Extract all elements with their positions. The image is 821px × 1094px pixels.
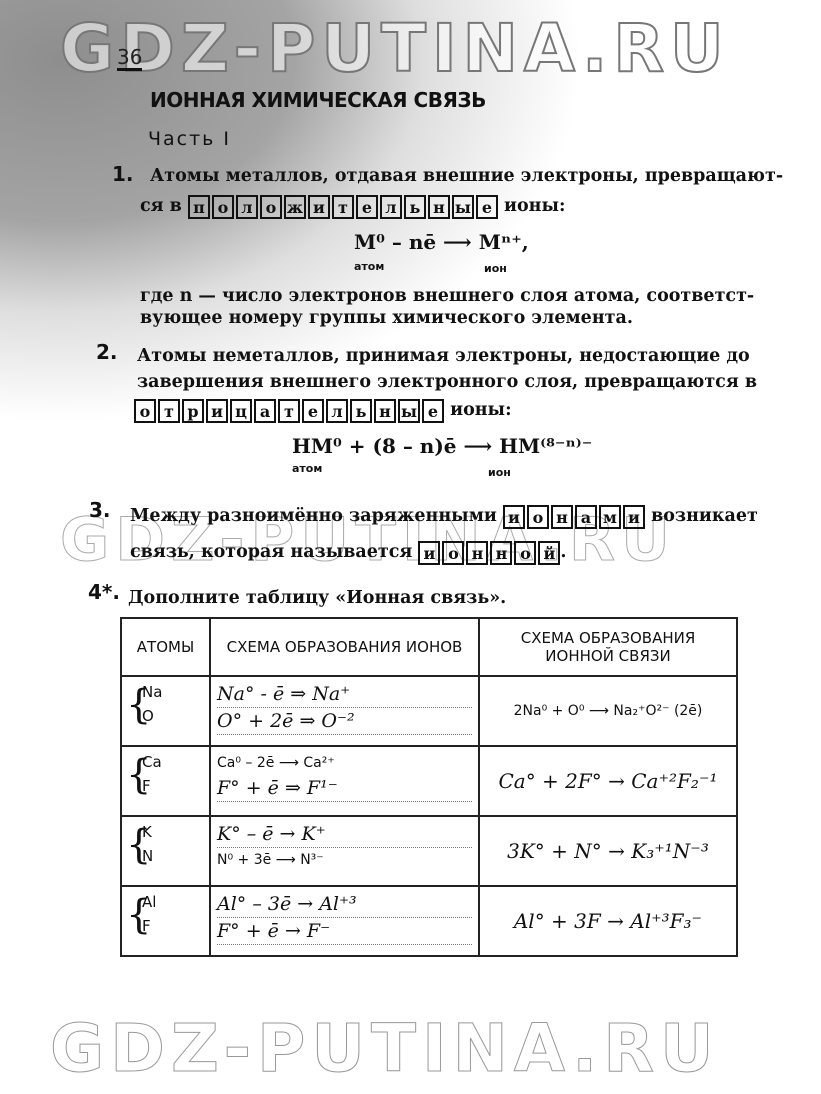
answer-letter-box[interactable]: ц	[230, 399, 252, 423]
answer-letter-box[interactable]: о	[514, 541, 536, 565]
answer-letter-box[interactable]: ж	[284, 195, 306, 219]
q1-suffix: ионы:	[504, 196, 565, 216]
part-heading: Часть I	[148, 128, 231, 150]
q2-suffix: ионы:	[450, 400, 511, 420]
watermark-top: GDZ-PUTINA.RU	[60, 10, 730, 87]
atom-2: O	[142, 707, 154, 725]
page-number: 36	[117, 46, 142, 71]
answer-letter-box[interactable]: а	[575, 505, 597, 529]
q1-line2: ся в положительные ионы:	[140, 194, 566, 219]
q3-suffix1: возникает	[651, 506, 758, 526]
answer-letter-box[interactable]: н	[428, 195, 450, 219]
q1-label-ion: ион	[484, 262, 507, 275]
header-ion-scheme: СХЕМА ОБРАЗОВАНИЯ ИОНОВ	[210, 618, 479, 676]
q3-line1: Между разноимённо заряженными ионами воз…	[130, 504, 758, 529]
q1-formula: M⁰ – nē ⟶ Mⁿ⁺,	[354, 230, 529, 254]
q3-answer1-boxes[interactable]: ионами	[503, 505, 645, 529]
q2-number: 2.	[96, 340, 118, 364]
q1-note-line2: вующее номеру группы химического элемент…	[140, 306, 633, 330]
answer-letter-box[interactable]: т	[278, 399, 300, 423]
atom-1: Ca	[142, 753, 162, 771]
q1-answer-boxes[interactable]: положительные	[188, 195, 498, 219]
answer-letter-box[interactable]: е	[422, 399, 444, 423]
answer-letter-box[interactable]: т	[332, 195, 354, 219]
answer-letter-box[interactable]: и	[308, 195, 330, 219]
answer-letter-box[interactable]: й	[538, 541, 560, 565]
answer-letter-box[interactable]: и	[206, 399, 228, 423]
ion-scheme-cell[interactable]: K° – ē → K⁺N⁰ + 3ē ⟶ N³⁻	[210, 816, 479, 886]
answer-letter-box[interactable]: о	[134, 399, 156, 423]
watermark-bottom: GDZ-PUTINA.RU	[50, 1010, 720, 1087]
q3-number: 3.	[89, 498, 111, 522]
answer-letter-box[interactable]: ы	[452, 195, 474, 219]
atom-1: Al	[142, 893, 156, 911]
ion-equation: N⁰ + 3ē ⟶ N³⁻	[217, 848, 472, 872]
bond-scheme-cell[interactable]: Ca° + 2F° → Ca⁺²F₂⁻¹	[479, 746, 737, 816]
q2-line1: Атомы неметаллов, принимая электроны, не…	[137, 344, 750, 368]
bond-equation: 3K° + N° → K₃⁺¹N⁻³	[507, 839, 709, 863]
bond-equation: Ca° + 2F° → Ca⁺²F₂⁻¹	[498, 769, 717, 793]
answer-letter-box[interactable]: ы	[398, 399, 420, 423]
atom-2: F	[142, 917, 151, 935]
ion-scheme-cell[interactable]: Ca⁰ – 2ē ⟶ Ca²⁺F° + ē ⇒ F¹⁻	[210, 746, 479, 816]
answer-letter-box[interactable]: ь	[404, 195, 426, 219]
q1-number: 1.	[112, 162, 134, 186]
ionic-bond-table: АТОМЫ СХЕМА ОБРАЗОВАНИЯ ИОНОВ СХЕМА ОБРА…	[120, 617, 738, 957]
q4-number: 4*.	[88, 580, 120, 604]
q3-line2: связь, которая называется ионной.	[130, 540, 567, 565]
atoms-cell: {CaF	[121, 746, 210, 816]
atom-1: K	[142, 823, 152, 841]
answer-letter-box[interactable]: т	[158, 399, 180, 423]
bond-equation: Al° + 3F → Al⁺³F₃⁻	[514, 909, 702, 933]
table-row: {AlFAl° – 3ē → Al⁺³F° + ē → F⁻Al° + 3F →…	[121, 886, 737, 956]
answer-letter-box[interactable]: е	[302, 399, 324, 423]
answer-letter-box[interactable]: л	[326, 399, 348, 423]
q1-prefix: ся в	[140, 196, 182, 216]
answer-letter-box[interactable]: е	[476, 195, 498, 219]
header-atoms: АТОМЫ	[121, 618, 210, 676]
answer-letter-box[interactable]: е	[356, 195, 378, 219]
ion-equation: F° + ē → F⁻	[217, 918, 472, 945]
answer-letter-box[interactable]: о	[212, 195, 234, 219]
table-row: {NaONa° - ē ⇒ Na⁺O° + 2ē ⇒ O⁻²2Na⁰ + O⁰ …	[121, 676, 737, 746]
q1-note-line1: где n — число электронов внешнего слоя а…	[140, 284, 754, 308]
ion-equation: Al° – 3ē → Al⁺³	[217, 891, 472, 918]
ion-equation: F° + ē ⇒ F¹⁻	[217, 775, 472, 802]
q2-line2: завершения внешнего электронного слоя, п…	[137, 370, 757, 394]
table-row: {CaFCa⁰ – 2ē ⟶ Ca²⁺F° + ē ⇒ F¹⁻Ca° + 2F°…	[121, 746, 737, 816]
answer-letter-box[interactable]: л	[380, 195, 402, 219]
q1-line1: Атомы металлов, отдавая внешние электрон…	[150, 164, 783, 188]
page-title: ИОННАЯ ХИМИЧЕСКАЯ СВЯЗЬ	[150, 88, 486, 112]
q2-label-atom: атом	[292, 462, 322, 475]
answer-letter-box[interactable]: н	[466, 541, 488, 565]
ion-scheme-cell[interactable]: Al° – 3ē → Al⁺³F° + ē → F⁻	[210, 886, 479, 956]
answer-letter-box[interactable]: н	[490, 541, 512, 565]
atoms-cell: {NaO	[121, 676, 210, 746]
table-row: {KNK° – ē → K⁺N⁰ + 3ē ⟶ N³⁻3K° + N° → K₃…	[121, 816, 737, 886]
answer-letter-box[interactable]: р	[182, 399, 204, 423]
atoms-cell: {AlF	[121, 886, 210, 956]
atom-2: N	[142, 847, 153, 865]
q2-line3: отрицательные ионы:	[134, 398, 512, 423]
ion-scheme-cell[interactable]: Na° - ē ⇒ Na⁺O° + 2ē ⇒ O⁻²	[210, 676, 479, 746]
q3-prefix2: связь, которая называется	[130, 542, 412, 562]
answer-letter-box[interactable]: н	[374, 399, 396, 423]
bond-scheme-cell[interactable]: 3K° + N° → K₃⁺¹N⁻³	[479, 816, 737, 886]
q2-answer-boxes[interactable]: отрицательные	[134, 399, 444, 423]
q3-suffix2: .	[560, 542, 566, 562]
answer-letter-box[interactable]: и	[503, 505, 525, 529]
q2-formula: HM⁰ + (8 – n)ē ⟶ HM⁽⁸⁻ⁿ⁾⁻	[292, 434, 592, 458]
q2-label-ion: ион	[488, 466, 511, 479]
ion-equation: O° + 2ē ⇒ O⁻²	[217, 708, 472, 735]
ion-equation: Ca⁰ – 2ē ⟶ Ca²⁺	[217, 751, 472, 775]
ion-equation: K° – ē → K⁺	[217, 821, 472, 848]
answer-letter-box[interactable]: о	[442, 541, 464, 565]
answer-letter-box[interactable]: о	[260, 195, 282, 219]
q4-text: Дополните таблицу «Ионная связь».	[128, 586, 506, 610]
q3-answer2-boxes[interactable]: ионной	[418, 541, 560, 565]
atom-2: F	[142, 777, 151, 795]
ion-equation: Na° - ē ⇒ Na⁺	[217, 681, 472, 708]
bond-scheme-cell[interactable]: 2Na⁰ + O⁰ ⟶ Na₂⁺O²⁻ (2ē)	[479, 676, 737, 746]
q3-prefix1: Между разноимённо заряженными	[130, 506, 497, 526]
q1-label-atom: атом	[354, 260, 384, 273]
answer-letter-box[interactable]: и	[418, 541, 440, 565]
answer-letter-box[interactable]: п	[188, 195, 210, 219]
answer-letter-box[interactable]: ь	[350, 399, 372, 423]
atoms-cell: {KN	[121, 816, 210, 886]
answer-letter-box[interactable]: о	[527, 505, 549, 529]
atom-1: Na	[142, 683, 162, 701]
bond-equation: 2Na⁰ + O⁰ ⟶ Na₂⁺O²⁻ (2ē)	[486, 699, 730, 723]
bond-scheme-cell[interactable]: Al° + 3F → Al⁺³F₃⁻	[479, 886, 737, 956]
answer-letter-box[interactable]: и	[623, 505, 645, 529]
header-bond-scheme: СХЕМА ОБРАЗОВАНИЯ ИОННОЙ СВЯЗИ	[479, 618, 737, 676]
answer-letter-box[interactable]: л	[236, 195, 258, 219]
answer-letter-box[interactable]: а	[254, 399, 276, 423]
answer-letter-box[interactable]: м	[599, 505, 621, 529]
answer-letter-box[interactable]: н	[551, 505, 573, 529]
